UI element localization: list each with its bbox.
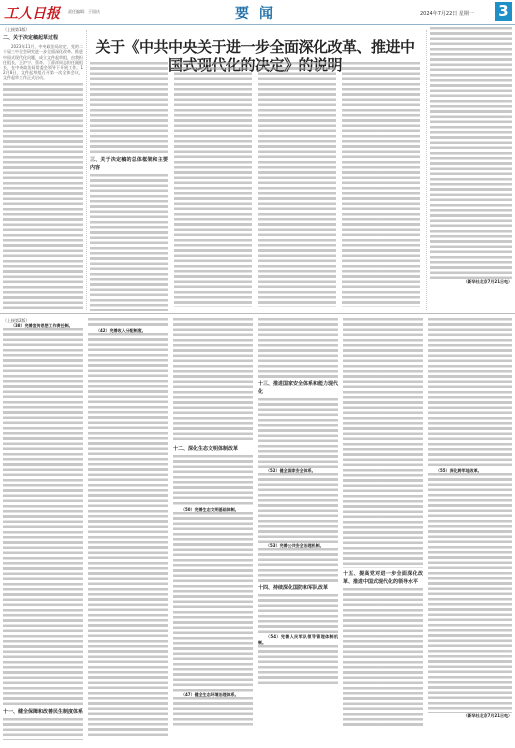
- body-text-block: [258, 548, 338, 582]
- editor-credit: 责任编辑：于国庆: [68, 9, 100, 15]
- news-source-note: （新华社北京7月21日电）: [430, 279, 512, 284]
- body-text-block: [3, 328, 83, 706]
- body-text-block: [174, 62, 252, 307]
- body-text-block: [342, 62, 420, 307]
- body-text-block: [258, 594, 338, 634]
- news-source-note: （新华社北京7月21日电）: [428, 713, 512, 718]
- body-text-block: [173, 697, 253, 727]
- body-text-block: [173, 318, 253, 443]
- page-number-badge: 3: [495, 2, 512, 21]
- section-heading-11: 十一、健全保障和改善民生制度体系: [3, 708, 83, 716]
- body-text-block: [90, 62, 168, 154]
- body-text-block: [88, 318, 168, 328]
- lower-column-4: 十三、推进国家安全体系和能力现代化 （52）健全国家安全体系。 （53）完善公共…: [258, 318, 338, 746]
- column-rule: [426, 30, 427, 310]
- body-text-block: [430, 27, 512, 279]
- lower-column-2: （42）完善收入分配制度。: [88, 318, 168, 746]
- body-text-block: [258, 645, 338, 685]
- upper-column-2: 三、关于决定稿的总体框架和主要内容: [90, 62, 168, 311]
- upper-column-1: （上接第1版） 二、关于决定稿起草过程 2023年11月，中央政治局决定，党的二…: [3, 27, 83, 311]
- section-heading-3: 三、关于决定稿的总体框架和主要内容: [90, 156, 168, 172]
- upper-column-6: （新华社北京7月21日电）: [430, 27, 512, 311]
- body-text-block: [428, 318, 512, 468]
- section-heading-15: 十五、提高党对进一步全面深化改革、推进中国式现代化的领导水平: [343, 570, 423, 586]
- body-text-block: [428, 473, 512, 713]
- body-text-block: [343, 318, 423, 568]
- section-heading-2: 二、关于决定稿起草过程: [3, 34, 83, 42]
- lower-column-5: 十五、提高党对进一步全面深化改革、推进中国式现代化的领导水平: [343, 318, 423, 746]
- issue-date: 2024年7月22日 星期一: [420, 10, 474, 17]
- body-text-block: [88, 333, 168, 738]
- upper-column-4: [258, 62, 336, 311]
- upper-column-3: [174, 62, 252, 311]
- lower-column-3: 十二、深化生态文明体制改革 （50）完善生态文明基础体制。 （47）健全生态环境…: [173, 318, 253, 746]
- intro-paragraph: 2023年11月，中央政治局决定，党的二十届三中全会研究进一步全面深化改革、推进…: [3, 44, 83, 80]
- body-text-block: [343, 588, 423, 728]
- body-text-block: [258, 398, 338, 468]
- body-text-block: [258, 62, 336, 307]
- section-heading-14: 十四、持续深化国防和军队改革: [258, 584, 338, 592]
- lower-column-6: （55）深化跨军地改革。 （新华社北京7月21日电）: [428, 318, 512, 746]
- body-text-block: [258, 473, 338, 543]
- upper-column-5: [342, 62, 420, 311]
- lower-column-1: （上接第2版） （38）完善宣传思想工作责任制。 十一、健全保障和改善民生制度体…: [3, 318, 83, 746]
- continued-from-label: （上接第1版）: [3, 27, 83, 32]
- subheading: （54）完善人民军队领导管理体制机制。: [258, 634, 338, 644]
- body-text-block: [173, 455, 253, 507]
- body-text-block: [173, 512, 253, 692]
- column-rule: [86, 30, 87, 310]
- masthead: 工人日报 责任编辑：于国庆 要闻 2024年7月22日 星期一 3: [0, 0, 515, 25]
- body-text-block: [90, 174, 168, 311]
- body-text-block: [3, 718, 83, 740]
- section-title: 要闻: [235, 3, 283, 23]
- newspaper-logo: 工人日报: [4, 3, 60, 23]
- body-text-block: [258, 318, 338, 378]
- section-heading-12: 十二、深化生态文明体制改革: [173, 445, 253, 453]
- section-divider: [0, 313, 515, 314]
- section-heading-13: 十三、推进国家安全体系和能力现代化: [258, 380, 338, 396]
- body-text-block: [3, 83, 83, 311]
